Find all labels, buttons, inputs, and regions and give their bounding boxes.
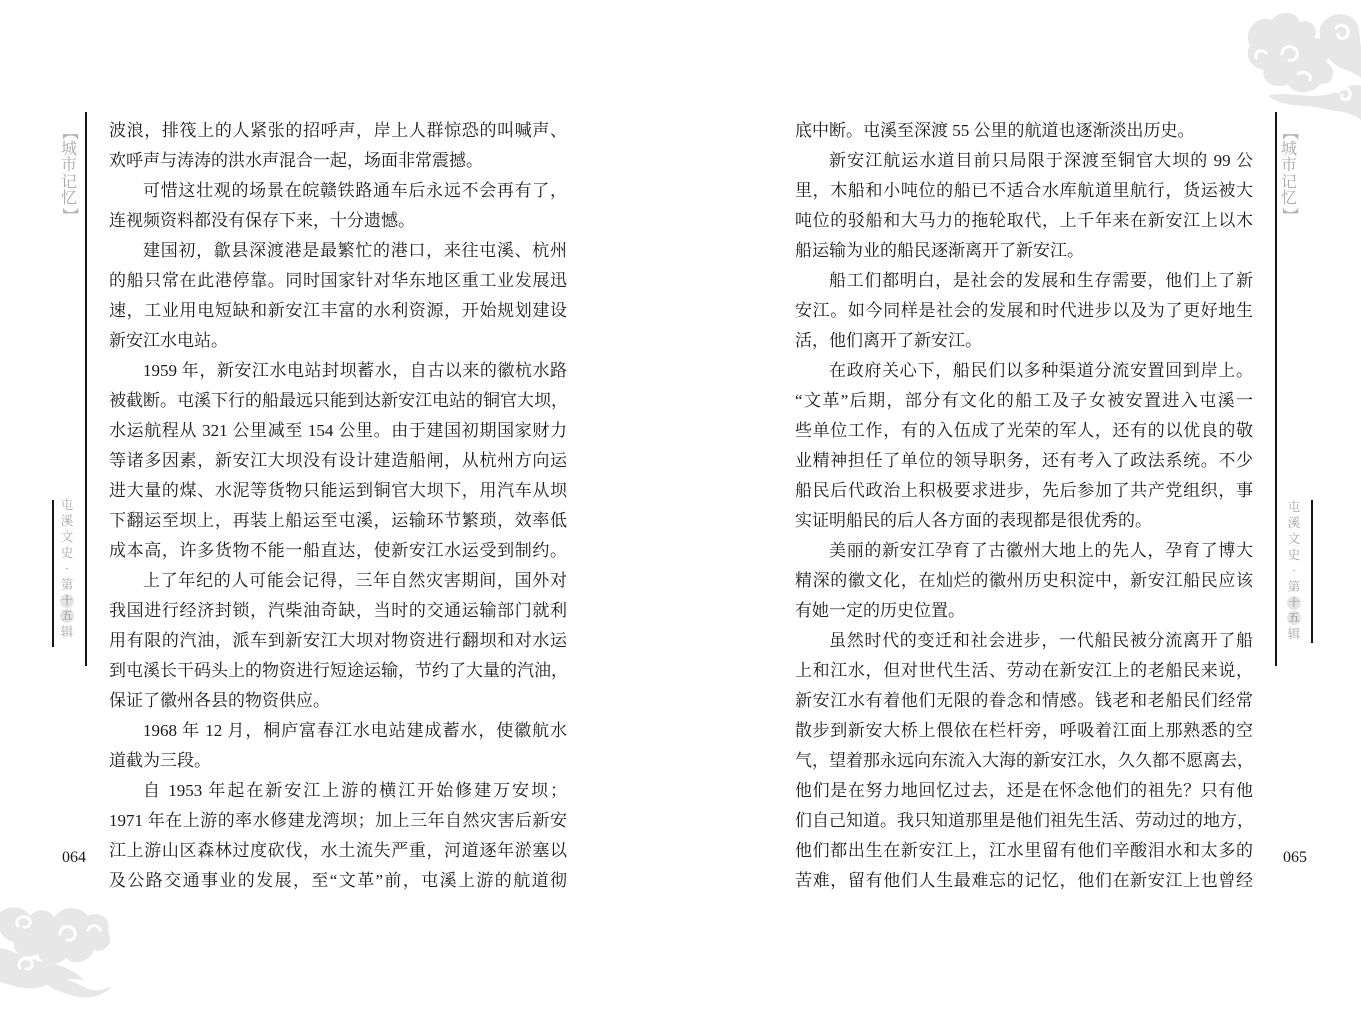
cloud-ornament-icon	[1240, 6, 1361, 121]
series-label-char: 第	[1286, 579, 1302, 595]
text-line: 道截为三段。	[109, 746, 567, 776]
text-line: 保证了徽州各县的物资供应。	[109, 686, 567, 716]
series-label: 屯 溪 文 史 · 第 十 五 辑	[59, 497, 75, 640]
text-line: 自 1953 年起在新安江上游的横江开始修建万安坝；	[109, 776, 567, 806]
volume-number-badge: 十	[60, 594, 74, 608]
text-line: 吨位的驳船和大马力的拖轮取代，上千年来在新安江上以木	[795, 206, 1253, 236]
text-line: 他们都出生在新安江上，江水里留有他们辛酸泪水和太多的	[795, 836, 1253, 866]
cloud-ornament-icon	[0, 890, 115, 1002]
text-line: 上了年纪的人可能会记得，三年自然灾害期间，国外对	[109, 566, 567, 596]
text-line: 船运输为业的船民逐渐离开了新安江。	[795, 236, 1253, 266]
text-line: 成本高，许多货物不能一船直达，使新安江水运受到制约。	[109, 536, 567, 566]
text-line: 精深的徽文化，在灿烂的徽州历史积淀中，新安江船民应该	[795, 566, 1253, 596]
text-line: 美丽的新安江孕育了古徽州大地上的先人，孕育了博大	[795, 536, 1253, 566]
series-label-char: 屯	[59, 497, 75, 513]
volume-number-badge: 五	[60, 609, 74, 623]
section-label-close-bracket: 】	[1281, 206, 1298, 224]
series-label-dot: ·	[1286, 563, 1302, 579]
volume-number-badge: 十	[1287, 596, 1301, 610]
text-line: 上和江水，但对世代生活、劳动在新安江上的老船民来说，	[795, 656, 1253, 686]
text-line: 里，木船和小吨位的船已不适合水库航道里航行，货运被大	[795, 176, 1253, 206]
series-label-char: 文	[1286, 531, 1302, 547]
text-line: 的船只常在此港停靠。同时国家针对华东地区重工业发展迅	[109, 266, 567, 296]
series-label: 屯 溪 文 史 · 第 十 五 辑	[1286, 499, 1302, 642]
text-line: 1968 年 12 月，桐庐富春江水电站建成蓄水，使徽航水	[109, 716, 567, 746]
series-label-char: 溪	[59, 513, 75, 529]
text-line: 新安江航运水道目前只局限于深渡至铜官大坝的 99 公	[795, 146, 1253, 176]
text-line: 气，望着那永远向东流入大海的新安江水，久久都不愿离去，	[795, 746, 1253, 776]
series-label-dot: ·	[59, 561, 75, 577]
page-number: 064	[62, 848, 86, 868]
right-series-margin-rule	[1311, 500, 1313, 643]
page-number: 065	[1283, 848, 1307, 868]
left-series-margin-rule	[52, 500, 54, 647]
text-line: “文革”后期，部分有文化的船工及子女被安置进入屯溪一	[795, 386, 1253, 416]
text-line: 些单位工作，有的入伍成了光荣的军人，还有的以优良的敬	[795, 416, 1253, 446]
series-label-char: 史	[1286, 547, 1302, 563]
text-line: 下翻运至坝上，再装上船运至屯溪，运输环节繁琐，效率低	[109, 506, 567, 536]
text-line: 连视频资料都没有保存下来，十分遗憾。	[109, 206, 567, 236]
section-label-open-bracket: 【	[61, 123, 78, 141]
series-label-char: 辑	[59, 624, 75, 640]
section-label: 【 城 市 记 忆 】	[1280, 124, 1298, 223]
section-label-char: 忆	[60, 190, 78, 207]
text-line: 1959 年，新安江水电站封坝蓄水，自古以来的徽杭水路	[109, 356, 567, 386]
text-line: 建国初，歙县深渡港是最繁忙的港口，来往屯溪、杭州	[109, 236, 567, 266]
text-line: 船工们都明白，是社会的发展和生存需要，他们上了新	[795, 266, 1253, 296]
text-line: 可惜这壮观的场景在皖赣铁路通车后永远不会再有了，	[109, 176, 567, 206]
text-line: 苦难，留有他们人生最难忘的记忆，他们在新安江上也曾经	[795, 866, 1253, 896]
right-main-margin-rule	[1275, 112, 1277, 666]
section-label-char: 忆	[1280, 190, 1298, 207]
text-line: 业精神担任了单位的领导职务，还有考入了政法系统。不少	[795, 446, 1253, 476]
text-line: 新安江水有着他们无限的眷念和情感。钱老和老船民们经常	[795, 686, 1253, 716]
text-line: 被截断。屯溪下行的船最远只能到达新安江电站的铜官大坝，	[109, 386, 567, 416]
text-line: 江上游山区森林过度砍伐，水土流失严重，河道逐年淤塞以	[109, 836, 567, 866]
text-line: 活，他们离开了新安江。	[795, 326, 1253, 356]
text-line: 速，工业用电短缺和新安江丰富的水利资源，开始规划建设	[109, 296, 567, 326]
text-line: 及公路交通事业的发展，至“文革”前，屯溪上游的航道彻	[109, 866, 567, 896]
text-line: 安江。如今同样是社会的发展和时代进步以及为了更好地生	[795, 296, 1253, 326]
text-line: 虽然时代的变迁和社会进步，一代船民被分流离开了船	[795, 626, 1253, 656]
text-line: 散步到新安大桥上偎依在栏杆旁，呼吸着江面上那熟悉的空	[795, 716, 1253, 746]
left-page: 【 城 市 记 忆 】 屯 溪 文 史 · 第 十 五 辑 波浪，排筏上的人紧张…	[0, 0, 680, 1016]
right-page-body: 底中断。屯溪至深渡 55 公里的航道也逐渐淡出历史。 新安江航运水道目前只局限于…	[795, 116, 1253, 896]
text-line: 他们是在努力地回忆过去，还是在怀念他们的祖先？只有他	[795, 776, 1253, 806]
text-line: 进大量的煤、水泥等货物只能运到铜官大坝下，用汽车从坝	[109, 476, 567, 506]
text-line: 实证明船民的后人各方面的表现都是很优秀的。	[795, 506, 1253, 536]
text-line: 们自己知道。我只知道那里是他们祖先生活、劳动过的地方，	[795, 806, 1253, 836]
volume-number-badge: 五	[1287, 611, 1301, 625]
section-label-open-bracket: 【	[1281, 123, 1298, 141]
left-main-margin-rule	[85, 112, 87, 666]
text-line: 水运航程从 321 公里减至 154 公里。由于建国初期国家财力	[109, 416, 567, 446]
text-line: 有她一定的历史位置。	[795, 596, 1253, 626]
series-label-char: 文	[59, 529, 75, 545]
series-label-char: 辑	[1286, 626, 1302, 642]
text-line: 新安江水电站。	[109, 326, 567, 356]
text-line: 1971 年在上游的率水修建龙湾坝；加上三年自然灾害后新安	[109, 806, 567, 836]
text-line: 到屯溪长干码头上的物资进行短途运输，节约了大量的汽油，	[109, 656, 567, 686]
section-label-close-bracket: 】	[61, 206, 78, 224]
series-label-char: 溪	[1286, 515, 1302, 531]
series-label-char: 史	[59, 545, 75, 561]
text-line: 船民后代政治上积极要求进步，先后参加了共产党组织，事	[795, 476, 1253, 506]
series-label-char: 屯	[1286, 499, 1302, 515]
text-line: 在政府关心下，船民们以多种渠道分流安置回到岸上。	[795, 356, 1253, 386]
text-line: 我国进行经济封锁，汽柴油奇缺，当时的交通运输部门就利	[109, 596, 567, 626]
text-line: 欢呼声与涛涛的洪水声混合一起，场面非常震撼。	[109, 146, 567, 176]
series-label-char: 第	[59, 577, 75, 593]
text-line: 波浪，排筏上的人紧张的招呼声，岸上人群惊恐的叫喊声、	[109, 116, 567, 146]
text-line: 底中断。屯溪至深渡 55 公里的航道也逐渐淡出历史。	[795, 116, 1253, 146]
left-page-body: 波浪，排筏上的人紧张的招呼声，岸上人群惊恐的叫喊声、 欢呼声与涛涛的洪水声混合一…	[109, 116, 567, 896]
text-line: 用有限的汽油，派车到新安江大坝对物资进行翻坝和对水运	[109, 626, 567, 656]
right-page: 【 城 市 记 忆 】 屯 溪 文 史 · 第 十 五 辑 底中断。屯溪至深渡 …	[680, 0, 1361, 1016]
section-label: 【 城 市 记 忆 】	[60, 124, 78, 223]
text-line: 等诸多因素，新安江大坝没有设计建造船闸，从杭州方向运	[109, 446, 567, 476]
